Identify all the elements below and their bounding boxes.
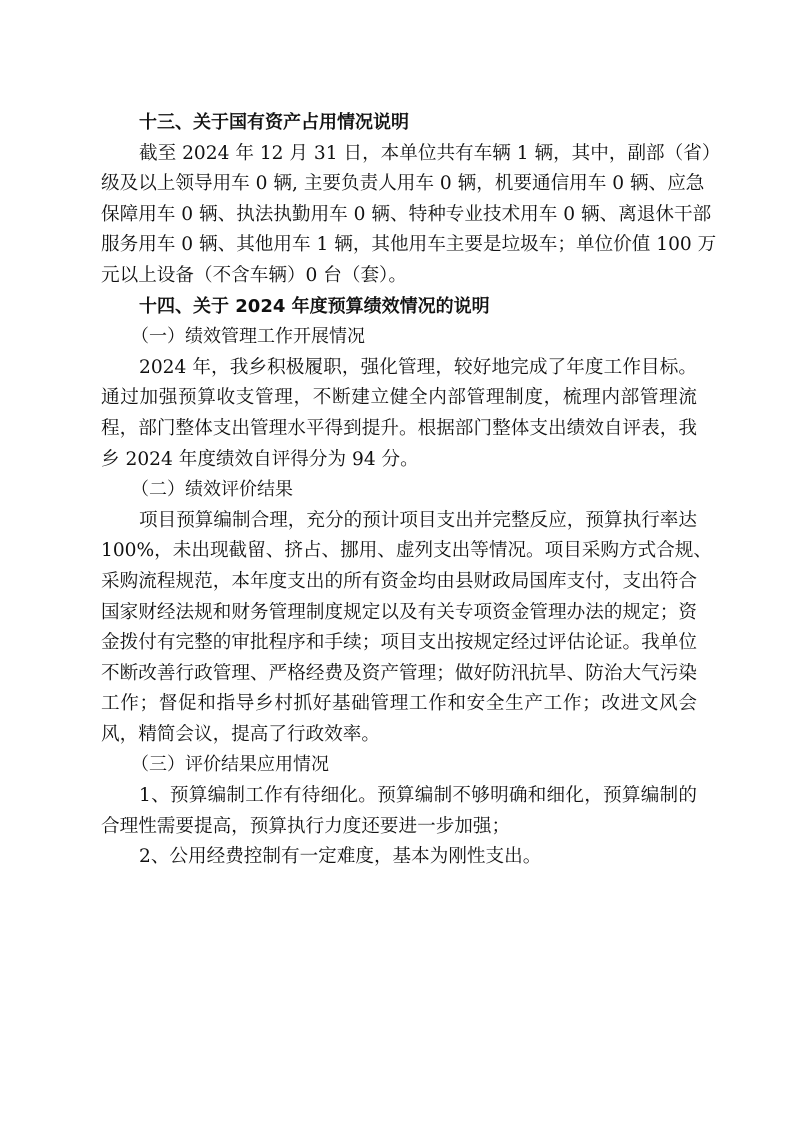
paragraph-line: 合理性需要提高，预算执行力度还要进一步加强； xyxy=(101,812,697,843)
subsection-3-item-2: 2、公用经费控制有一定难度，基本为刚性支出。 xyxy=(101,842,697,873)
paragraph-line: 程，部门整体支出管理水平得到提升。根据部门整体支出绩效自评表，我 xyxy=(101,414,697,445)
paragraph-line: 风，精简会议，提高了行政效率。 xyxy=(101,720,697,751)
paragraph-line: 采购流程规范，本年度支出的所有资金均由县财政局国库支付，支出符合 xyxy=(101,567,697,598)
paragraph-line: 项目预算编制合理，充分的预计项目支出并完整反应，预算执行率达 xyxy=(101,506,697,537)
paragraph-line: 2024 年，我乡积极履职，强化管理，较好地完成了年度工作目标。 xyxy=(101,353,697,384)
paragraph-line: 截至 2024 年 12 月 31 日，本单位共有车辆 1 辆，其中，副部（省） xyxy=(101,139,697,170)
paragraph-line: 100%，未出现截留、挤占、挪用、虚列支出等情况。项目采购方式合规、 xyxy=(101,536,697,567)
paragraph-line: 金拨付有完整的审批程序和手续；项目支出按规定经过评估论证。我单位 xyxy=(101,628,697,659)
paragraph-line: 不断改善行政管理、严格经费及资产管理；做好防汛抗旱、防治大气污染 xyxy=(101,659,697,690)
subsection-2-paragraph: 项目预算编制合理，充分的预计项目支出并完整反应，预算执行率达 100%，未出现截… xyxy=(101,506,697,751)
subsection-2-heading: （二）绩效评价结果 xyxy=(101,475,697,506)
paragraph-line: 1、预算编制工作有待细化。预算编制不够明确和细化，预算编制的 xyxy=(101,781,697,812)
section-14-heading: 十四、关于 2024 年度预算绩效情况的说明 xyxy=(101,292,697,323)
paragraph-line: 工作；督促和指导乡村抓好基础管理工作和安全生产工作；改进文风会 xyxy=(101,689,697,720)
subsection-1-heading: （一）绩效管理工作开展情况 xyxy=(101,322,697,353)
paragraph-line: 元以上设备（不含车辆）0 台（套）。 xyxy=(101,261,697,292)
section-13-heading: 十三、关于国有资产占用情况说明 xyxy=(101,108,697,139)
document-page: 十三、关于国有资产占用情况说明 截至 2024 年 12 月 31 日，本单位共… xyxy=(101,108,697,873)
subsection-3-item-1: 1、预算编制工作有待细化。预算编制不够明确和细化，预算编制的 合理性需要提高，预… xyxy=(101,781,697,842)
paragraph-line: 服务用车 0 辆、其他用车 1 辆，其他用车主要是垃圾车；单位价值 100 万 xyxy=(101,230,697,261)
subsection-1-paragraph: 2024 年，我乡积极履职，强化管理，较好地完成了年度工作目标。 通过加强预算收… xyxy=(101,353,697,475)
paragraph-line: 保障用车 0 辆、执法执勤用车 0 辆、特种专业技术用车 0 辆、离退休干部 xyxy=(101,200,697,231)
paragraph-line: 2、公用经费控制有一定难度，基本为刚性支出。 xyxy=(101,842,697,873)
paragraph-line: 国家财经法规和财务管理制度规定以及有关专项资金管理办法的规定；资 xyxy=(101,598,697,629)
paragraph-line: 通过加强预算收支管理，不断建立健全内部管理制度，梳理内部管理流 xyxy=(101,383,697,414)
paragraph-line: 级及以上领导用车 0 辆, 主要负责人用车 0 辆，机要通信用车 0 辆、应急 xyxy=(101,169,697,200)
paragraph-line: 乡 2024 年度绩效自评得分为 94 分。 xyxy=(101,445,697,476)
subsection-3-heading: （三）评价结果应用情况 xyxy=(101,750,697,781)
section-13-paragraph: 截至 2024 年 12 月 31 日，本单位共有车辆 1 辆，其中，副部（省）… xyxy=(101,139,697,292)
